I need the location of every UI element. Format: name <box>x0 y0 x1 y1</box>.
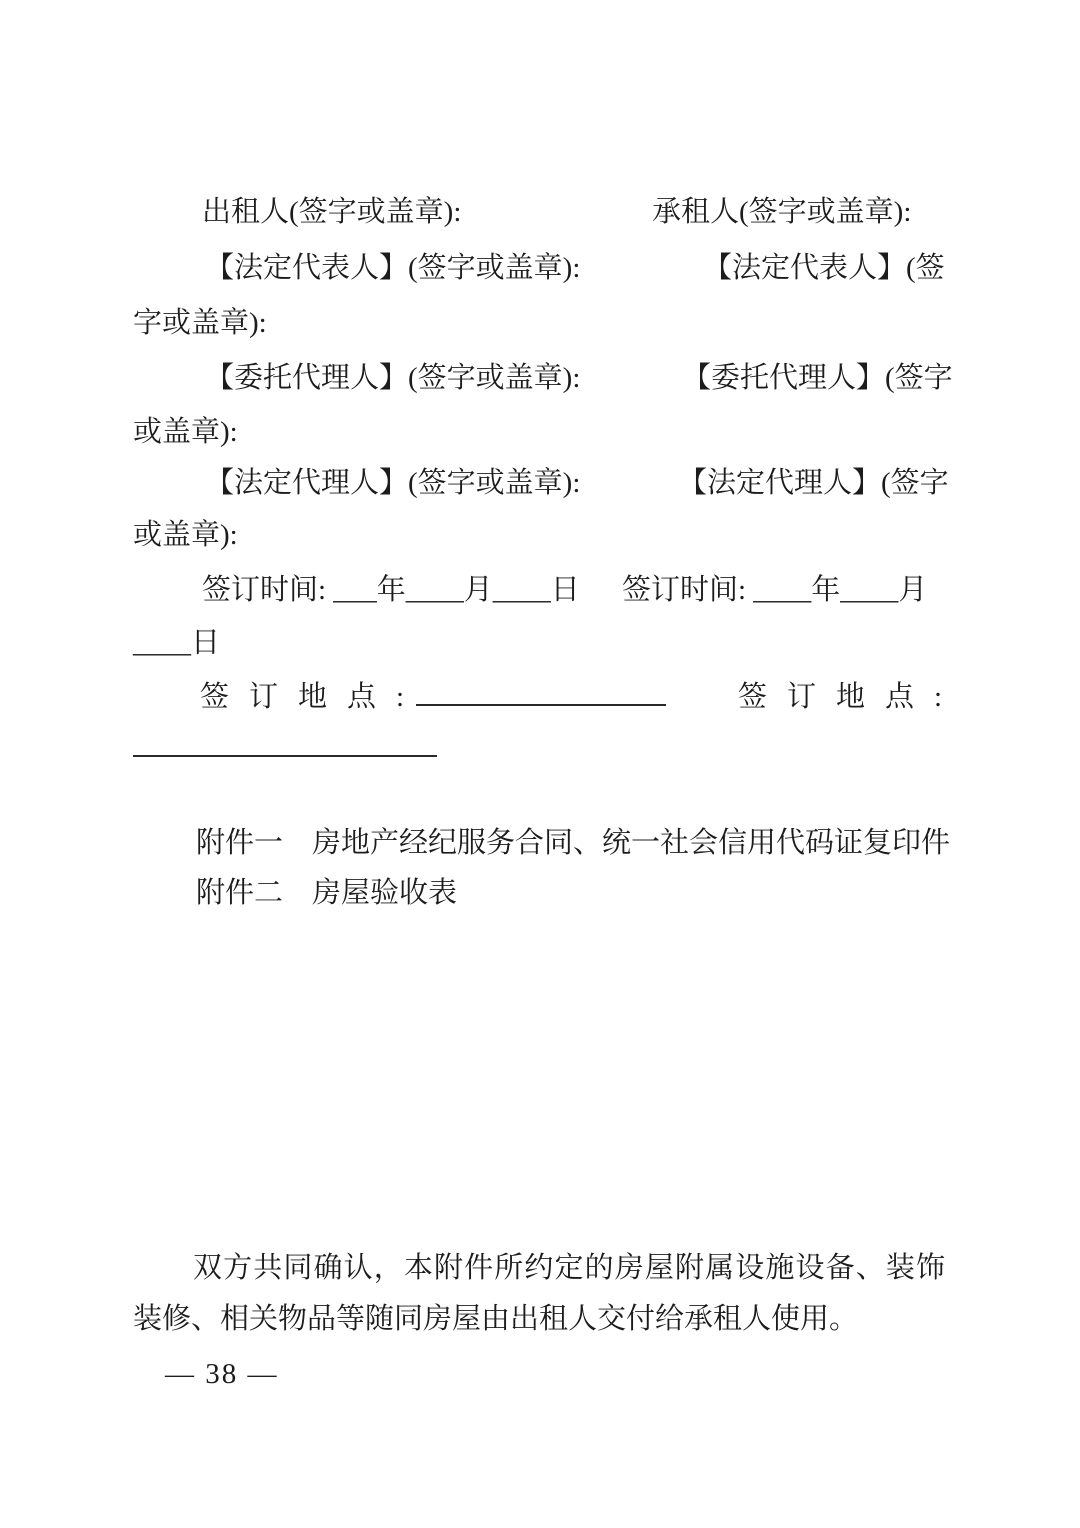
legal-agent-right-wrap-label: 或盖章): <box>133 514 238 556</box>
entrusted-agent-right-wrap-label: 或盖章): <box>133 411 238 453</box>
page-number: — 38 — <box>165 1356 279 1392</box>
contract-signature-page: 出租人(签字或盖章): 承租人(签字或盖章): 【法定代表人】(签字或盖章): … <box>0 0 1080 1528</box>
attachment-two-line: 附件二 房屋验收表 <box>0 872 1080 914</box>
legal-representative-row: 【法定代表人】(签字或盖章): 【法定代表人】(签 <box>0 247 1080 289</box>
sign-time-right-label: 签订时间: ____年____月 <box>622 569 927 611</box>
legal-representative-wrap-row: 字或盖章): <box>0 302 1080 344</box>
entrusted-agent-right-label: 【委托代理人】(签字 <box>682 357 953 399</box>
entrusted-agent-left-label: 【委托代理人】(签字或盖章): <box>205 357 580 399</box>
attachment-two-label: 附件二 房屋验收表 <box>196 872 457 914</box>
sign-place-row: 签订地点: 签订地点: <box>0 676 1080 718</box>
legal-representative-left-label: 【法定代表人】(签字或盖章): <box>205 247 580 289</box>
confirmation-paragraph: 双方共同确认，本附件所约定的房屋附属设施设备、装饰装修、相关物品等随同房屋由出租… <box>133 1243 945 1345</box>
attachment-one-line: 附件一 房地产经纪服务合同、统一社会信用代码证复印件 <box>0 822 1080 864</box>
lessor-signature-label: 出租人(签字或盖章): <box>202 191 461 233</box>
lessee-signature-label: 承租人(签字或盖章): <box>652 191 911 233</box>
lessor-lessee-sign-row: 出租人(签字或盖章): 承租人(签字或盖章): <box>0 191 1080 233</box>
sign-place-left-label: 签订地点: <box>200 676 424 718</box>
sign-time-left-label: 签订时间: ___年____月____日 <box>202 569 580 611</box>
legal-agent-right-label: 【法定代理人】(签字 <box>678 462 949 504</box>
sign-time-row: 签订时间: ___年____月____日 签订时间: ____年____月 <box>0 569 1080 611</box>
sign-place-right-blank-underline <box>133 755 437 757</box>
entrusted-agent-wrap-row: 或盖章): <box>0 411 1080 453</box>
legal-agent-row: 【法定代理人】(签字或盖章): 【法定代理人】(签字 <box>0 462 1080 504</box>
legal-representative-right-label: 【法定代表人】(签 <box>703 247 945 289</box>
sign-place-right-label: 签订地点: <box>738 676 962 718</box>
legal-representative-right-wrap-label: 字或盖章): <box>133 302 267 344</box>
sign-time-right-wrap-label: ____日 <box>133 622 220 664</box>
sign-place-left-blank-underline <box>416 704 666 706</box>
sign-time-wrap-row: ____日 <box>0 622 1080 664</box>
legal-agent-left-label: 【法定代理人】(签字或盖章): <box>205 462 580 504</box>
legal-agent-wrap-row: 或盖章): <box>0 514 1080 556</box>
attachment-one-label: 附件一 房地产经纪服务合同、统一社会信用代码证复印件 <box>196 822 950 864</box>
entrusted-agent-row: 【委托代理人】(签字或盖章): 【委托代理人】(签字 <box>0 357 1080 399</box>
